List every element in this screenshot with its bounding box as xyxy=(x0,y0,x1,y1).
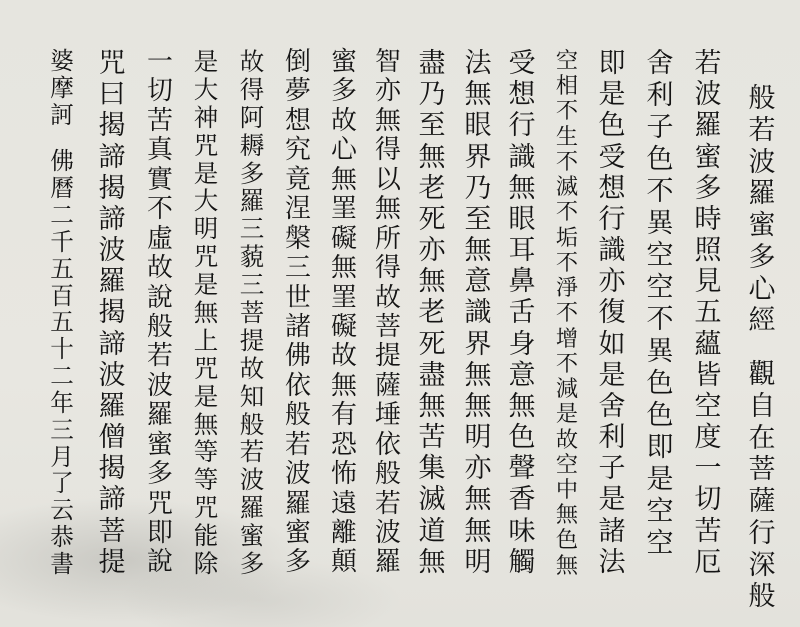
glyph: 神 xyxy=(194,106,219,134)
glyph: 羅 xyxy=(375,550,401,579)
glyph: 至 xyxy=(419,112,446,143)
glyph: 諸 xyxy=(285,315,311,344)
glyph: 時 xyxy=(695,206,722,237)
glyph: 若 xyxy=(695,50,722,81)
glyph: 受 xyxy=(599,144,626,175)
glyph: 了 xyxy=(50,472,74,499)
glyph: 說 xyxy=(147,550,173,579)
glyph: 空 xyxy=(556,454,578,479)
glyph: 舍 xyxy=(647,50,674,82)
glyph: 波 xyxy=(99,237,126,268)
glyph: 識 xyxy=(509,144,536,175)
glyph: 以 xyxy=(375,168,401,197)
glyph: 不 xyxy=(647,306,674,338)
glyph: 般 xyxy=(749,583,776,615)
glyph: 明 xyxy=(465,549,492,580)
glyph: 羅 xyxy=(285,492,311,521)
glyph: 羅 xyxy=(147,403,173,432)
glyph: 世 xyxy=(285,286,311,315)
text-column: 空相不生不滅不垢不淨不增不減是故空中無色無 xyxy=(545,50,589,580)
text-column: 蜜多故心無罣礙無罣礙故無有恐怖遠離顛 xyxy=(322,50,366,580)
glyph: 亦 xyxy=(375,79,401,108)
glyph: 苦 xyxy=(147,109,173,138)
glyph: 佛 xyxy=(50,150,74,177)
glyph: 無 xyxy=(465,518,492,549)
glyph: 三 xyxy=(240,273,265,301)
glyph: 波 xyxy=(99,362,126,393)
glyph: 得 xyxy=(240,78,265,106)
glyph: 菩 xyxy=(375,315,401,344)
glyph: 咒 xyxy=(147,492,173,521)
glyph: 死 xyxy=(419,331,446,362)
glyph: 菩 xyxy=(240,301,265,329)
glyph: 究 xyxy=(285,138,311,167)
glyph: 識 xyxy=(599,237,626,268)
glyph: 多 xyxy=(240,162,265,190)
glyph: 異 xyxy=(647,210,674,242)
glyph: 提 xyxy=(99,549,126,580)
glyph: 香 xyxy=(509,486,536,517)
glyph: 心 xyxy=(331,138,357,167)
glyph: 即 xyxy=(647,434,674,466)
glyph: 無 xyxy=(194,301,219,329)
glyph: 五 xyxy=(50,311,74,338)
glyph: 真 xyxy=(147,138,173,167)
text-column: 故得阿耨多羅三藐三菩提故知般若波羅蜜多 xyxy=(230,50,274,580)
glyph: 在 xyxy=(749,425,776,457)
glyph: 書 xyxy=(50,553,74,580)
glyph: 蘊 xyxy=(695,331,722,362)
glyph: 羅 xyxy=(99,268,126,299)
glyph: 滅 xyxy=(556,176,578,201)
glyph: 味 xyxy=(509,518,536,549)
glyph: 集 xyxy=(419,455,446,486)
glyph: 不 xyxy=(556,100,578,125)
glyph: 行 xyxy=(599,206,626,237)
glyph: 故 xyxy=(240,50,265,78)
glyph: 無 xyxy=(465,393,492,424)
glyph: 無 xyxy=(509,393,536,424)
glyph: 不 xyxy=(556,302,578,327)
glyph: 心 xyxy=(749,276,776,308)
glyph: 空 xyxy=(647,530,674,562)
glyph: 羅 xyxy=(240,189,265,217)
glyph: 無 xyxy=(375,197,401,226)
glyph: 是 xyxy=(194,273,219,301)
glyph: 無 xyxy=(465,486,492,517)
glyph: 波 xyxy=(285,462,311,491)
glyph: 除 xyxy=(194,552,219,580)
glyph: 不 xyxy=(556,353,578,378)
glyph: 亦 xyxy=(419,237,446,268)
glyph: 虛 xyxy=(147,227,173,256)
glyph: 意 xyxy=(509,362,536,393)
glyph: 無 xyxy=(556,504,578,529)
glyph: 多 xyxy=(695,175,722,206)
glyph: 般 xyxy=(147,315,173,344)
glyph: 是 xyxy=(194,50,219,78)
glyph: 亦 xyxy=(465,455,492,486)
glyph: 空 xyxy=(647,274,674,306)
glyph: 厄 xyxy=(695,549,722,580)
glyph: 依 xyxy=(375,433,401,462)
text-column: 咒曰揭諦揭諦波羅揭諦波羅僧揭諦菩提 xyxy=(90,50,134,580)
glyph: 無 xyxy=(419,549,446,580)
glyph: 曆 xyxy=(50,177,74,204)
glyph: 多 xyxy=(240,552,265,580)
glyph: 是 xyxy=(599,486,626,517)
glyph: 提 xyxy=(240,329,265,357)
glyph: 即 xyxy=(599,50,626,81)
text-column: 智亦無得以無所得故菩提薩埵依般若波羅 xyxy=(366,50,410,580)
glyph: 無 xyxy=(419,268,446,299)
glyph: 揭 xyxy=(99,299,126,330)
glyph: 法 xyxy=(599,549,626,580)
glyph: 諦 xyxy=(99,331,126,362)
glyph: 色 xyxy=(647,370,674,402)
glyph: 耨 xyxy=(240,134,265,162)
text-column: 是大神咒是大明咒是無上咒是無等等咒能除 xyxy=(184,50,228,580)
glyph: 能 xyxy=(194,524,219,552)
glyph: 五 xyxy=(695,299,722,330)
glyph: 怖 xyxy=(331,462,357,491)
glyph: 波 xyxy=(749,149,776,181)
glyph: 不 xyxy=(147,197,173,226)
glyph: 多 xyxy=(749,244,776,276)
glyph: 想 xyxy=(285,109,311,138)
glyph: 諦 xyxy=(99,486,126,517)
glyph: 有 xyxy=(331,403,357,432)
glyph: 蜜 xyxy=(695,144,722,175)
glyph: 大 xyxy=(194,189,219,217)
glyph: 無 xyxy=(465,81,492,112)
glyph: 色 xyxy=(556,529,578,554)
glyph: 聲 xyxy=(509,455,536,486)
glyph: 無 xyxy=(419,393,446,424)
glyph: 色 xyxy=(509,424,536,455)
glyph: 夢 xyxy=(285,79,311,108)
glyph: 無 xyxy=(331,374,357,403)
glyph: 二 xyxy=(50,365,74,392)
glyph: 不 xyxy=(556,252,578,277)
glyph: 十 xyxy=(50,338,74,365)
glyph: 上 xyxy=(194,329,219,357)
glyph: 諸 xyxy=(599,518,626,549)
glyph: 咒 xyxy=(194,245,219,273)
glyph: 菩 xyxy=(749,456,776,488)
glyph: 無 xyxy=(419,144,446,175)
glyph: 蜜 xyxy=(240,524,265,552)
glyph: 是 xyxy=(647,466,674,498)
glyph: 空 xyxy=(647,498,674,530)
glyph: 若 xyxy=(375,492,401,521)
glyph: 故 xyxy=(240,357,265,385)
glyph: 羅 xyxy=(240,496,265,524)
glyph: 得 xyxy=(375,138,401,167)
glyph: 乃 xyxy=(465,175,492,206)
text-column: 倒夢想究竟涅槃三世諸佛依般若波羅蜜多 xyxy=(276,50,320,580)
glyph: 菩 xyxy=(99,518,126,549)
glyph: 若 xyxy=(147,344,173,373)
glyph: 藐 xyxy=(240,245,265,273)
glyph: 故 xyxy=(375,286,401,315)
glyph: 無 xyxy=(375,109,401,138)
glyph: 三 xyxy=(50,419,74,446)
glyph: 是 xyxy=(599,81,626,112)
glyph: 揭 xyxy=(99,112,126,143)
glyph: 年 xyxy=(50,392,74,419)
glyph: 是 xyxy=(599,362,626,393)
glyph: 阿 xyxy=(240,106,265,134)
glyph: 實 xyxy=(147,168,173,197)
glyph: 觀 xyxy=(749,361,776,393)
glyph: 垢 xyxy=(556,227,578,252)
glyph: 是 xyxy=(194,385,219,413)
glyph: 行 xyxy=(509,112,536,143)
glyph: 五 xyxy=(50,258,74,285)
text-column: 一切苦真實不虛故說般若波羅蜜多咒即說 xyxy=(138,50,182,580)
glyph: 切 xyxy=(147,79,173,108)
glyph: 苦 xyxy=(695,518,722,549)
glyph: 識 xyxy=(465,299,492,330)
glyph: 界 xyxy=(465,331,492,362)
glyph: 空 xyxy=(647,242,674,274)
glyph: 故 xyxy=(331,109,357,138)
glyph: 咒 xyxy=(194,134,219,162)
glyph: 一 xyxy=(147,50,173,79)
glyph: 不 xyxy=(556,151,578,176)
glyph: 是 xyxy=(556,403,578,428)
glyph: 大 xyxy=(194,78,219,106)
glyph: 薩 xyxy=(749,488,776,520)
glyph: 摩 xyxy=(50,77,74,104)
glyph: 罣 xyxy=(331,286,357,315)
glyph: 揭 xyxy=(99,455,126,486)
glyph: 界 xyxy=(465,144,492,175)
glyph: 波 xyxy=(240,468,265,496)
glyph: 般 xyxy=(240,413,265,441)
glyph: 切 xyxy=(695,486,722,517)
glyph: 羅 xyxy=(695,112,722,143)
glyph: 色 xyxy=(647,146,674,178)
glyph: 倒 xyxy=(285,50,311,79)
glyph: 色 xyxy=(599,112,626,143)
glyph: 蜜 xyxy=(285,521,311,550)
glyph: 三 xyxy=(285,256,311,285)
glyph: 舍 xyxy=(599,393,626,424)
glyph: 利 xyxy=(599,424,626,455)
glyph: 罣 xyxy=(331,197,357,226)
glyph: 舌 xyxy=(509,299,536,330)
text-column: 盡乃至無老死亦無老死盡無苦集滅道無 xyxy=(410,50,454,580)
glyph: 曰 xyxy=(99,81,126,112)
glyph: 槃 xyxy=(285,227,311,256)
glyph: 苦 xyxy=(419,424,446,455)
glyph: 咒 xyxy=(194,496,219,524)
glyph: 淨 xyxy=(556,277,578,302)
glyph: 竟 xyxy=(285,168,311,197)
glyph: 所 xyxy=(375,227,401,256)
glyph: 受 xyxy=(509,50,536,81)
glyph: 觸 xyxy=(509,549,536,580)
glyph: 百 xyxy=(50,285,74,312)
glyph: 不 xyxy=(556,201,578,226)
glyph: 無 xyxy=(465,237,492,268)
glyph: 般 xyxy=(285,403,311,432)
glyph: 空 xyxy=(695,393,722,424)
glyph: 明 xyxy=(465,424,492,455)
glyph: 無 xyxy=(331,168,357,197)
glyph: 僧 xyxy=(99,424,126,455)
text-column: 般若波羅蜜多心經觀自在菩薩行深般 xyxy=(740,85,784,615)
glyph: 薩 xyxy=(375,374,401,403)
glyph: 一 xyxy=(695,455,722,486)
glyph: 鼻 xyxy=(509,268,536,299)
glyph: 月 xyxy=(50,446,74,473)
glyph: 空 xyxy=(556,50,578,75)
glyph: 多 xyxy=(147,462,173,491)
glyph: 法 xyxy=(465,50,492,81)
glyph: 二 xyxy=(50,204,74,231)
glyph: 無 xyxy=(465,362,492,393)
text-column: 即是色受想行識亦復如是舍利子是諸法 xyxy=(590,50,634,580)
glyph: 想 xyxy=(599,175,626,206)
glyph: 離 xyxy=(331,521,357,550)
glyph: 揭 xyxy=(99,175,126,206)
glyph: 故 xyxy=(147,256,173,285)
glyph: 即 xyxy=(147,521,173,550)
glyph: 千 xyxy=(50,231,74,258)
glyph: 見 xyxy=(695,268,722,299)
glyph: 照 xyxy=(695,237,722,268)
glyph: 子 xyxy=(647,114,674,146)
glyph: 滅 xyxy=(419,486,446,517)
glyph: 色 xyxy=(647,402,674,434)
glyph: 無 xyxy=(556,555,578,580)
glyph: 經 xyxy=(749,307,776,339)
glyph: 眼 xyxy=(509,206,536,237)
glyph: 波 xyxy=(147,374,173,403)
glyph: 三 xyxy=(240,217,265,245)
glyph: 若 xyxy=(240,440,265,468)
glyph: 諦 xyxy=(99,206,126,237)
glyph: 增 xyxy=(556,328,578,353)
text-column: 受想行識無眼耳鼻舌身意無色聲香味觸 xyxy=(500,50,544,580)
glyph: 眼 xyxy=(465,112,492,143)
glyph: 礙 xyxy=(331,315,357,344)
glyph: 老 xyxy=(419,175,446,206)
text-column: 婆摩訶佛曆二千五百五十二年三月了云恭書 xyxy=(40,50,84,580)
glyph: 無 xyxy=(194,413,219,441)
glyph: 乃 xyxy=(419,81,446,112)
glyph: 多 xyxy=(285,550,311,579)
glyph: 恐 xyxy=(331,433,357,462)
glyph: 若 xyxy=(749,117,776,149)
glyph: 無 xyxy=(509,175,536,206)
glyph: 道 xyxy=(419,518,446,549)
glyph: 如 xyxy=(599,331,626,362)
glyph: 自 xyxy=(749,393,776,425)
glyph: 盡 xyxy=(419,362,446,393)
text-column: 若波羅蜜多時照見五蘊皆空度一切苦厄 xyxy=(686,50,730,580)
glyph: 咒 xyxy=(99,50,126,81)
glyph: 身 xyxy=(509,331,536,362)
glyph: 故 xyxy=(556,429,578,454)
glyph: 明 xyxy=(194,217,219,245)
glyph: 波 xyxy=(375,521,401,550)
glyph: 是 xyxy=(194,162,219,190)
text-column: 舍利子色不異空空不異色色即是空空 xyxy=(638,50,682,562)
glyph: 蜜 xyxy=(749,212,776,244)
glyph: 意 xyxy=(465,268,492,299)
glyph: 般 xyxy=(375,462,401,491)
glyph: 婆 xyxy=(50,50,74,77)
glyph: 子 xyxy=(599,455,626,486)
glyph: 蜜 xyxy=(331,50,357,79)
glyph: 不 xyxy=(647,178,674,210)
glyph: 老 xyxy=(419,299,446,330)
glyph: 般 xyxy=(749,85,776,117)
glyph: 蜜 xyxy=(147,433,173,462)
glyph: 埵 xyxy=(375,403,401,432)
glyph: 提 xyxy=(375,344,401,373)
glyph: 佛 xyxy=(285,344,311,373)
text-column: 法無眼界乃至無意識界無無明亦無無明 xyxy=(456,50,500,580)
glyph: 得 xyxy=(375,256,401,285)
glyph: 若 xyxy=(285,433,311,462)
glyph: 故 xyxy=(331,344,357,373)
glyph: 相 xyxy=(556,75,578,100)
glyph: 咒 xyxy=(194,357,219,385)
glyph: 耳 xyxy=(509,237,536,268)
glyph: 說 xyxy=(147,286,173,315)
glyph: 恭 xyxy=(50,526,74,553)
glyph: 云 xyxy=(50,499,74,526)
glyph: 波 xyxy=(695,81,722,112)
glyph: 羅 xyxy=(99,393,126,424)
glyph: 多 xyxy=(331,79,357,108)
glyph: 中 xyxy=(556,479,578,504)
glyph: 深 xyxy=(749,552,776,584)
glyph: 諦 xyxy=(99,144,126,175)
glyph: 生 xyxy=(556,126,578,151)
glyph: 羅 xyxy=(749,180,776,212)
glyph: 想 xyxy=(509,81,536,112)
glyph: 顛 xyxy=(331,550,357,579)
glyph: 等 xyxy=(194,468,219,496)
glyph: 減 xyxy=(556,378,578,403)
glyph: 亦 xyxy=(599,268,626,299)
glyph: 知 xyxy=(240,385,265,413)
glyph: 智 xyxy=(375,50,401,79)
glyph: 死 xyxy=(419,206,446,237)
glyph: 依 xyxy=(285,374,311,403)
glyph: 礙 xyxy=(331,227,357,256)
glyph: 度 xyxy=(695,424,722,455)
glyph: 等 xyxy=(194,440,219,468)
glyph: 皆 xyxy=(695,362,722,393)
glyph: 盡 xyxy=(419,50,446,81)
glyph: 復 xyxy=(599,299,626,330)
glyph: 訶 xyxy=(50,104,74,131)
glyph: 無 xyxy=(331,256,357,285)
glyph: 至 xyxy=(465,206,492,237)
glyph: 行 xyxy=(749,520,776,552)
glyph: 遠 xyxy=(331,492,357,521)
glyph: 利 xyxy=(647,82,674,114)
glyph: 涅 xyxy=(285,197,311,226)
glyph: 異 xyxy=(647,338,674,370)
